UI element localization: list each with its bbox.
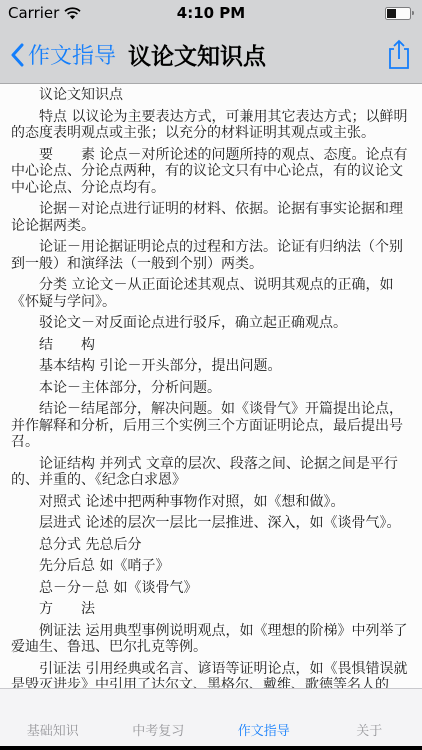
screen-bottom-strip <box>0 746 422 750</box>
tab-label: 关于 <box>356 720 382 739</box>
content-paragraph: 论证结构 并列式 文章的层次、段落之间、论据之间是平行的、并重的、《纪念白求恩》 <box>11 456 411 489</box>
content-paragraph: 先分后总 如《哨子》 <box>11 558 411 575</box>
content-paragraph: 结 构 <box>11 337 411 354</box>
page-title: 议论文知识点 <box>128 38 266 71</box>
content-paragraph: 结论－结尾部分，解决问题。如《谈骨气》开篇提出论点，并作解释和分析，后用三个实例… <box>11 401 411 451</box>
tab-label: 中考复习 <box>132 720 184 739</box>
content-paragraph: 层进式 论述的层次一层比一层推进、深入，如《谈骨气》。 <box>11 515 411 532</box>
tab-label: 基础知识 <box>27 720 79 739</box>
share-button[interactable] <box>386 39 412 71</box>
battery-icon <box>385 7 414 20</box>
content-paragraph: 基本结构 引论－开头部分，提出问题。 <box>11 358 411 375</box>
tab-exam-review[interactable]: 中考复习 <box>106 689 212 746</box>
content-paragraph: 引证法 引用经典或名言、谚语等证明论点，如《畏惧错误就是毁灭进步》中引用了达尔文… <box>11 661 411 689</box>
status-bar: Carrier 4:10 PM <box>0 0 422 26</box>
nav-bar: 作文指导 议论文知识点 <box>0 26 422 84</box>
share-icon <box>386 39 412 71</box>
content-paragraph: 驳论文－对反面论点进行驳斥，确立起正确观点。 <box>11 315 411 332</box>
content-paragraph: 本论－主体部分，分析问题。 <box>11 380 411 397</box>
back-button[interactable]: 作文指导 <box>10 39 116 70</box>
tab-writing-guidance[interactable]: 作文指导 <box>211 689 317 746</box>
back-button-label: 作文指导 <box>28 39 116 70</box>
content-paragraph: 总－分－总 如《谈骨气》 <box>11 580 411 597</box>
back-chevron-icon <box>10 43 24 67</box>
wifi-icon <box>64 7 81 20</box>
app-screen: Carrier 4:10 PM 作文指导 议论文知识点 <box>0 0 422 750</box>
content-paragraph: 总分式 先总后分 <box>11 537 411 554</box>
content-paragraph: 论据－对论点进行证明的材料、依据。论据有事实论据和理论论据两类。 <box>11 201 411 234</box>
content-paragraph: 对照式 论述中把两种事物作对照，如《想和做》。 <box>11 494 411 511</box>
tab-label: 作文指导 <box>238 720 290 739</box>
tab-about[interactable]: 关于 <box>317 689 422 746</box>
content-paragraph: 议论文知识点 <box>11 87 411 104</box>
content-paragraph: 方 法 <box>11 601 411 618</box>
content-scroll-area[interactable]: 议论文知识点 特点 以议论为主要表达方式，可兼用其它表达方式；以鲜明的态度表明观… <box>0 84 422 688</box>
carrier-label: Carrier <box>8 4 59 22</box>
content-paragraph: 论证－用论据证明论点的过程和方法。论证有归纳法（个别到一般）和演绎法（一般到个别… <box>11 239 411 272</box>
content-paragraph: 例证法 运用典型事例说明观点，如《理想的阶梯》中列举了爱迪生、鲁迅、巴尔扎克等例… <box>11 623 411 656</box>
content-paragraph: 要 素 论点－对所论述的问题所持的观点、态度。论点有中心论点、分论点两种，有的议… <box>11 147 411 197</box>
tab-basic-knowledge[interactable]: 基础知识 <box>0 689 106 746</box>
content-paragraph: 分类 立论文－从正面论述其观点、说明其观点的正确，如《怀疑与学问》。 <box>11 277 411 310</box>
content-paragraph: 特点 以议论为主要表达方式，可兼用其它表达方式；以鲜明的态度表明观点或主张；以充… <box>11 109 411 142</box>
tab-bar: 基础知识 中考复习 作文指导 关于 <box>0 688 422 746</box>
